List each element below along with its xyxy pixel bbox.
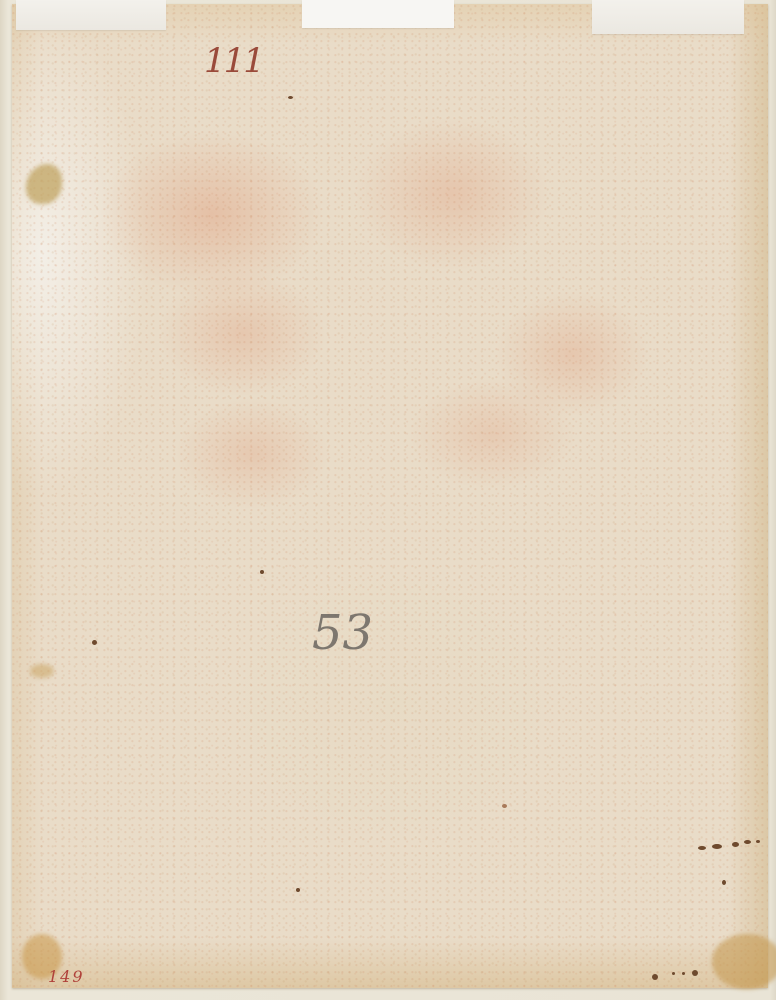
spot xyxy=(260,570,264,574)
spot xyxy=(698,846,706,850)
spot xyxy=(712,844,722,849)
foxing-texture xyxy=(12,4,768,988)
spot xyxy=(296,888,300,892)
spot xyxy=(92,640,97,645)
stain-left-edge xyxy=(26,164,62,204)
spot xyxy=(502,804,507,808)
inscription-bottom-left: 149 xyxy=(48,969,85,985)
tape-top-center xyxy=(302,0,454,28)
spot xyxy=(682,972,685,975)
inscription-center: 53 xyxy=(312,609,373,657)
spot xyxy=(288,96,293,99)
spot xyxy=(732,842,739,847)
inscription-top: 111 xyxy=(204,44,263,78)
spot xyxy=(744,840,751,844)
spot xyxy=(756,840,760,843)
spot xyxy=(672,972,675,975)
stain-small-left xyxy=(30,664,54,678)
spot xyxy=(722,880,726,885)
stain-bottom-right xyxy=(712,934,776,989)
spot xyxy=(652,974,658,980)
tape-top-right xyxy=(592,0,744,34)
paper-sheet: 111 53 149 xyxy=(12,4,768,988)
spot xyxy=(692,970,698,976)
tape-top-left xyxy=(16,0,166,30)
